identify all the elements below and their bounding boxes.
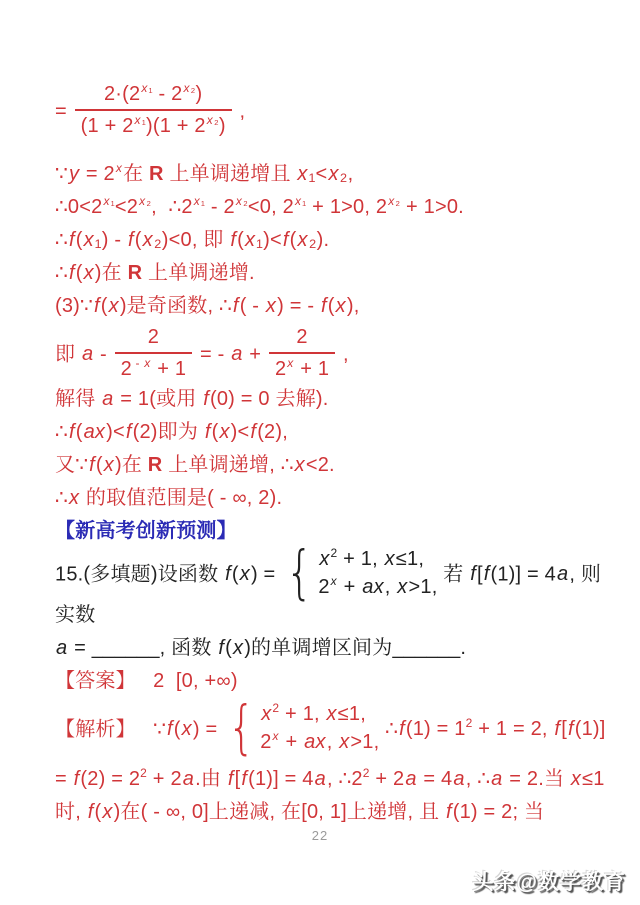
fraction-denominator: 2 - x + 1 (115, 354, 193, 381)
math-text: , (234, 100, 246, 122)
math-text: 【解析】 ∵f(x) = (55, 718, 223, 740)
piecewise-cases: {x2 + 1, x≤1,2x + ax, x>1, (281, 545, 437, 601)
math-text: 【答案】 2 [0, +∞) (55, 670, 238, 692)
content-line: a = ______, 函数 f(x)的单调增区间为______. (55, 636, 612, 660)
watermark: 头条@数学教育 (473, 866, 626, 896)
content-line: (3)∵f(x)是奇函数, ∴f( - x) = - f(x), (55, 294, 612, 318)
math-text: ∵y = 2x在 R 上单调递增且 x₁<x₂, (55, 163, 353, 185)
page-number: 22 (0, 828, 640, 843)
math-text: = (55, 100, 73, 122)
fraction-numerator: 2 (269, 325, 335, 354)
math-text: 15.(多填题)设函数 f(x) = (55, 563, 281, 585)
content-line: ∵y = 2x在 R 上单调递增且 x₁<x₂, (55, 162, 612, 186)
content-line: 【答案】 2 [0, +∞) (55, 669, 612, 693)
math-text: ∴x 的取值范围是( - ∞, 2). (55, 487, 282, 509)
content-line: 15.(多填题)设函数 f(x) = {x2 + 1, x≤1,2x + ax,… (55, 547, 612, 627)
brace-icon: { (286, 548, 314, 597)
content-line: 【新高考创新预测】 (55, 519, 612, 543)
content-line: 时, f(x)在( - ∞, 0]上递减, 在[0, 1]上递增, 且 f(1)… (55, 800, 612, 824)
fraction-numerator: 2·(2x₁ - 2x₂) (75, 82, 232, 111)
fraction-denominator: (1 + 2x₁)(1 + 2x₂) (75, 111, 232, 138)
content-line: = f(2) = 22 + 2a.由 f[f(1)] = 4a, ∴22 + 2… (55, 767, 612, 791)
math-text: ∴0<2x₁<2x₂, ∴2x₁ - 2x₂<0, 2x₁ + 1>0, 2x₂… (55, 196, 464, 218)
math-text: a = ______, 函数 f(x)的单调增区间为______. (55, 637, 466, 659)
content-line: 即 a - 22 - x + 1 = - a + 22x + 1 , (55, 327, 612, 383)
math-text: 即 a - (55, 343, 113, 365)
fraction-numerator: 2 (115, 325, 193, 354)
content-line: 解得 a = 1(或用 f(0) = 0 去解). (55, 387, 612, 411)
content-line: ∴f(ax)<f(2)即为 f(x)<f(2), (55, 420, 612, 444)
math-text: ∴f(x₁) - f(x₂)<0, 即 f(x₁)<f(x₂). (55, 229, 329, 251)
fraction: 22 - x + 1 (115, 325, 193, 381)
fraction: 2·(2x₁ - 2x₂)(1 + 2x₁)(1 + 2x₂) (75, 82, 232, 138)
brace-icon: { (228, 703, 256, 752)
case-row: 2x + ax, x>1, (318, 573, 437, 601)
math-text: (3)∵f(x)是奇函数, ∴f( - x) = - f(x), (55, 295, 359, 317)
content-line: ∴f(x)在 R 上单调递增. (55, 261, 612, 285)
math-text: ∴f(x)在 R 上单调递增. (55, 262, 255, 284)
math-text: 又∵f(x)在 R 上单调递增, ∴x<2. (55, 454, 335, 476)
fraction-denominator: 2x + 1 (269, 354, 335, 381)
math-text: 解得 a = 1(或用 f(0) = 0 去解). (55, 388, 329, 410)
math-text: = - a + (194, 343, 267, 365)
content-line: 又∵f(x)在 R 上单调递增, ∴x<2. (55, 453, 612, 477)
case-row: x2 + 1, x≤1, (260, 700, 379, 728)
math-text: = f(2) = 22 + 2a.由 f[f(1)] = 4a, ∴22 + 2… (55, 768, 605, 790)
math-text: ∴f(1) = 12 + 1 = 2, f[f(1)] (379, 718, 605, 740)
math-text: , (337, 343, 349, 365)
content-line: 【解析】 ∵f(x) = {x2 + 1, x≤1,2x + ax, x>1, … (55, 702, 612, 758)
content-line: ∴f(x₁) - f(x₂)<0, 即 f(x₁)<f(x₂). (55, 228, 612, 252)
math-text: 时, f(x)在( - ∞, 0]上递减, 在[0, 1]上递增, 且 f(1)… (55, 801, 544, 823)
document-body: = 2·(2x₁ - 2x₂)(1 + 2x₁)(1 + 2x₂) ,∵y = … (0, 0, 640, 905)
case-row: x2 + 1, x≤1, (318, 545, 437, 573)
math-text: 【新高考创新预测】 (55, 520, 237, 542)
case-row: 2x + ax, x>1, (260, 728, 379, 756)
content-line: ∴0<2x₁<2x₂, ∴2x₁ - 2x₂<0, 2x₁ + 1>0, 2x₂… (55, 195, 612, 219)
fraction: 22x + 1 (269, 325, 335, 381)
content-line: = 2·(2x₁ - 2x₂)(1 + 2x₁)(1 + 2x₂) , (55, 84, 612, 140)
math-text: ∴f(ax)<f(2)即为 f(x)<f(2), (55, 421, 288, 443)
content-line: ∴x 的取值范围是( - ∞, 2). (55, 486, 612, 510)
piecewise-cases: {x2 + 1, x≤1,2x + ax, x>1, (223, 700, 379, 756)
